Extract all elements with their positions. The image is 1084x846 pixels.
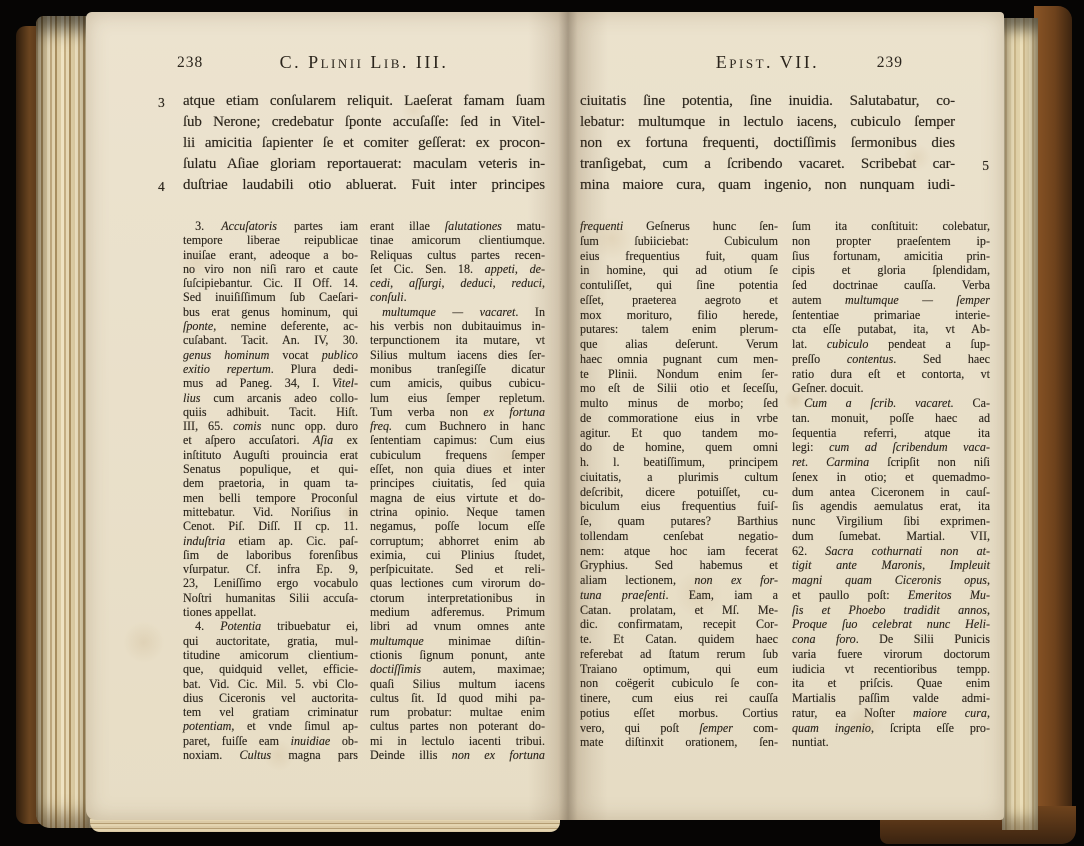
note-line: genus hominum vocat publico bbox=[183, 348, 358, 362]
note-line: que alias deſerunt. Verum bbox=[580, 337, 778, 352]
note-line: tiones appellat. bbox=[183, 605, 358, 619]
note-line: libri ad vnum omnes ante bbox=[370, 619, 545, 633]
left-page-content: 238 C. Plinii Lib. III. 3atque etiam con… bbox=[183, 52, 545, 762]
note-line: vero, qui poſt ſemper com- bbox=[580, 721, 778, 736]
left-page: 238 C. Plinii Lib. III. 3atque etiam con… bbox=[86, 12, 568, 820]
note-line: iudicia vt recentioribus tempp. bbox=[792, 662, 990, 677]
note-line: nuntiat. bbox=[792, 735, 990, 750]
main-text-line: ſub Nerone; credebatur ſponte accuſaſſe:… bbox=[183, 112, 545, 133]
left-notes-column-1: 3. Accuſatoris partes iamtempore liberae… bbox=[183, 219, 358, 762]
note-line: terpunctionem ita mutare, vt bbox=[370, 333, 545, 347]
note-line: ſim de laboribus forenſibus bbox=[183, 548, 358, 562]
note-line: perſpicuitate. Sed et reli- bbox=[370, 562, 545, 576]
note-line: 3. Accuſatoris partes iam bbox=[183, 219, 358, 233]
left-running-title: C. Plinii Lib. III. bbox=[183, 52, 545, 73]
note-line: ſet Cic. Sen. 18. appeti, de- bbox=[370, 262, 545, 276]
note-line: aliam lectionem, non ex for- bbox=[580, 573, 778, 588]
note-line: ſenex in otio; et quemadmo- bbox=[792, 470, 990, 485]
note-line: lat. cubiculo pendeat a ſup- bbox=[792, 337, 990, 352]
note-line: ſuſcipiebantur. Cic. II Off. 14. bbox=[183, 276, 358, 290]
note-line: freq. cum Buchnero in hanc bbox=[370, 419, 545, 433]
note-line: cipis et gloria ſplendidam, bbox=[792, 263, 990, 278]
note-line: contuliſſet, qui ſine potentia bbox=[580, 278, 778, 293]
note-line: deſcribit, dicere potuiſſet, cu- bbox=[580, 485, 778, 500]
note-line: cultus ſit. Id quod mihi pa- bbox=[370, 691, 545, 705]
main-text-line: lebatur: multumque in lectulo iacens, cu… bbox=[580, 112, 955, 133]
note-line: multumque — vacaret. In bbox=[370, 305, 545, 319]
note-line: dum antea Ciceronem in cauſ- bbox=[792, 485, 990, 500]
note-line: ciuitatis, a plurimis cultum bbox=[580, 470, 778, 485]
note-line: cuſabant. Tacit. An. IV, 30. bbox=[183, 333, 358, 347]
note-line: ſententiae primariae interie- bbox=[792, 308, 990, 323]
note-line: do de homine, quem omni bbox=[580, 440, 778, 455]
note-line: bus erat genus hominum, qui bbox=[183, 305, 358, 319]
note-line: varia fuere virorum doctorum bbox=[792, 647, 990, 662]
note-line: mi in lectulo iacenti tribui. bbox=[370, 734, 545, 748]
note-line: erant illae ſalutationes matu- bbox=[370, 219, 545, 233]
note-line: lius cum arcanis adeo collo- bbox=[183, 391, 358, 405]
main-text-line: mina maiore cura, quam ingenio, non nunq… bbox=[580, 175, 955, 196]
note-line: no viro non niſi raro et caute bbox=[183, 262, 358, 276]
right-notes-column-2: ſum ita conſtituit: colebatur,non propte… bbox=[792, 219, 990, 750]
note-line: potius eſſet morbus. Cortius bbox=[580, 706, 778, 721]
note-line: Reliquas cultus partes recen- bbox=[370, 248, 545, 262]
note-line: ſum ſubiiciebat: Cubiculum bbox=[580, 234, 778, 249]
note-line: induſtria etiam ap. Cic. paſ- bbox=[183, 534, 358, 548]
main-text-line: lii amicitia ſapienter ſe et comiter geſ… bbox=[183, 133, 545, 154]
note-line: Geſner. docuit. bbox=[792, 381, 990, 396]
main-text-line: ciuitatis ſine potentia, ſine inuidia. S… bbox=[580, 91, 955, 112]
note-line: multumque minimae diſtin- bbox=[370, 634, 545, 648]
note-line: ſum ita conſtituit: colebatur, bbox=[792, 219, 990, 234]
note-line: legi: cum ad ſcribendum vaca- bbox=[792, 440, 990, 455]
note-line: tem vel gratiam criminatur bbox=[183, 705, 358, 719]
note-line: biculum eius frequentius fuiſ- bbox=[580, 499, 778, 514]
note-line: autem multumque — ſemper bbox=[792, 293, 990, 308]
note-line: dic. confirmatam, recepit Cor- bbox=[580, 617, 778, 632]
note-line: ctionis ſignum ponunt, ante bbox=[370, 648, 545, 662]
main-text-line: ſulatu Aſiae gloriam reportauerat: macul… bbox=[183, 154, 545, 175]
note-line: mox morituro, filio herede, bbox=[580, 308, 778, 323]
note-line: qui auctoritate, gratia, mul- bbox=[183, 634, 358, 648]
note-line: ſis agendis aemulatus erat, ita bbox=[792, 499, 990, 514]
note-line: Martialis paſſim valde admi- bbox=[792, 691, 990, 706]
note-line: doctiſſimis autem, maximae; bbox=[370, 662, 545, 676]
note-line: principes ciuitatis, ſed quia bbox=[370, 476, 545, 490]
main-text-line: 3atque etiam conſularem reliquit. Laeſer… bbox=[183, 91, 545, 112]
right-page-number: 239 bbox=[877, 54, 903, 72]
note-line: negamus, poſſe locum eſſe bbox=[370, 519, 545, 533]
note-line: mittebatur. Vid. Noriſius in bbox=[183, 505, 358, 519]
right-notes: frequenti Geſnerus hunc ſen-ſum ſubiicie… bbox=[580, 219, 990, 750]
main-text-line: 4duſtriae laudabili otio abluerat. Fuit … bbox=[183, 175, 545, 196]
note-line: potentiam, et vnde ſimul ap- bbox=[183, 719, 358, 733]
note-line: quaſi Silius multum iacens bbox=[370, 677, 545, 691]
note-line: non propter praeſentem ip- bbox=[792, 234, 990, 249]
note-line: his verbis non dubitauimus in- bbox=[370, 319, 545, 333]
note-line: eſſet, praeterea aegroto et bbox=[580, 293, 778, 308]
note-line: eſſet, non quia diues et inter bbox=[370, 462, 545, 476]
note-line: Silius multum iacens dies ſer- bbox=[370, 348, 545, 362]
note-line: tinere, cum eius rei cauſſa bbox=[580, 691, 778, 706]
note-line: cona foro. De Silii Punicis bbox=[792, 632, 990, 647]
note-line: cultus partes non poterant do- bbox=[370, 719, 545, 733]
note-line: et aſpero accuſatori. Aſia ex bbox=[183, 433, 358, 447]
note-line: ratio dura eſt et contorta, vt bbox=[792, 367, 990, 382]
note-line: 23, Leniſſimo ergo vocabulo bbox=[183, 576, 358, 590]
note-line: eius frequentius fuit, quam bbox=[580, 249, 778, 264]
note-line: cum amicis, quibus cubicu- bbox=[370, 376, 545, 390]
note-line: dius Ciceronis vel auctorita- bbox=[183, 691, 358, 705]
note-line: Traiano optimum, qui eum bbox=[580, 662, 778, 677]
note-line: ſis et Phoebo tradidit annos, bbox=[792, 603, 990, 618]
note-line: cubiculum frequens ſemper bbox=[370, 448, 545, 462]
note-line: monibus tranſegiſſe dicatur bbox=[370, 362, 545, 376]
note-line: Sed inuiſiſſimum ſub Caeſari- bbox=[183, 290, 358, 304]
note-line: quiis adhibuit. Tacit. Hiſt. bbox=[183, 405, 358, 419]
note-line: te Plinii. Nondum enim ſer- bbox=[580, 367, 778, 382]
note-line: ſententiam capimus: Cum eius bbox=[370, 433, 545, 447]
note-line: quas lectiones cum virorum do- bbox=[370, 576, 545, 590]
note-line: de commoratione eius in vrbe bbox=[580, 411, 778, 426]
note-line: Catan. prolatam, et Mſ. Me- bbox=[580, 603, 778, 618]
note-line: tuna praeſenti. Eam, iam a bbox=[580, 588, 778, 603]
note-line: titudine amicorum clientium- bbox=[183, 648, 358, 662]
note-line: magni quam Ciceronis opus, bbox=[792, 573, 990, 588]
note-line: haec omnia pugnant cum men- bbox=[580, 352, 778, 367]
note-line: ita et priſcis. Quae enim bbox=[792, 676, 990, 691]
note-line: inuiſae erant, adeoque a bo- bbox=[183, 248, 358, 262]
note-line: corruptum; abhorret enim ab bbox=[370, 534, 545, 548]
note-line: referebat ad ſtatum rerum ſub bbox=[580, 647, 778, 662]
book-photo: { "book": { "colors": { "background": "#… bbox=[0, 0, 1084, 846]
note-line: Deinde illis non ex fortuna bbox=[370, 748, 545, 762]
note-line: multo minus de morbo; ſed bbox=[580, 396, 778, 411]
note-line: Proque ſuo celebrat nunc Heli- bbox=[792, 617, 990, 632]
note-line: exitio repertum. Plura dedi- bbox=[183, 362, 358, 376]
note-line: ſequentia referri, atque ita bbox=[792, 426, 990, 441]
note-line: magna de eius virtute et do- bbox=[370, 491, 545, 505]
right-main-text: ciuitatis ſine potentia, ſine inuidia. S… bbox=[580, 91, 955, 196]
note-line: mus ad Paneg. 34, I. Vitel- bbox=[183, 376, 358, 390]
right-page-content: Epist. VII. 239 ciuitatis ſine potentia,… bbox=[580, 52, 955, 750]
note-line: rum probatur: multae enim bbox=[370, 705, 545, 719]
main-text-line: non ex fortuna frequenti, doctiſſimis ſe… bbox=[580, 133, 955, 154]
note-line: paret, fuiſſe eam inuidiae ob- bbox=[183, 734, 358, 748]
note-line: ret. Carmina ſcripſit non niſi bbox=[792, 455, 990, 470]
note-line: inſtituto Auguſti prouincia erat bbox=[183, 448, 358, 462]
note-line: dem praetoria, in quam ta- bbox=[183, 476, 358, 490]
note-line: 62. Sacra cothurnati non at- bbox=[792, 544, 990, 559]
book-cover-right bbox=[1034, 6, 1072, 842]
note-line: lum eius ſemper repletum. bbox=[370, 391, 545, 405]
note-line: ſed doctrinae cauſſa. Verba bbox=[792, 278, 990, 293]
note-line: conſuli. bbox=[370, 290, 545, 304]
right-notes-column-1: frequenti Geſnerus hunc ſen-ſum ſubiicie… bbox=[580, 219, 778, 750]
right-page-header: Epist. VII. 239 bbox=[580, 52, 955, 78]
note-line: III, 65. comis nunc opp. duro bbox=[183, 419, 358, 433]
note-line: agitur. Et quo tandem mo- bbox=[580, 426, 778, 441]
note-line: ſius fortunam, amicitia prin- bbox=[792, 249, 990, 264]
margin-section-number: 5 bbox=[982, 155, 989, 176]
page-edges-left bbox=[36, 16, 92, 828]
note-line: cedi, aſſurgi, deduci, reduci, bbox=[370, 276, 545, 290]
note-line: Tum verba non ex fortuna bbox=[370, 405, 545, 419]
note-line: ctrina opinio. Neque tamen bbox=[370, 505, 545, 519]
note-line: men belli tempore Proconſul bbox=[183, 491, 358, 505]
note-line: Cenot. Piſ. Diſſ. II cp. 11. bbox=[183, 519, 358, 533]
note-line: ratur, ea Noſter maiore cura, bbox=[792, 706, 990, 721]
note-line: in homine, qui ad otium ſe bbox=[580, 263, 778, 278]
note-line: Noſtri humanitas Silii accuſa- bbox=[183, 591, 358, 605]
note-line: ſponte, nemine deferente, ac- bbox=[183, 319, 358, 333]
note-line: vſurpatur. Cf. infra Ep. 9, bbox=[183, 562, 358, 576]
main-text-line: 5tranſigebat, cum a ſcribendo vacaret. S… bbox=[580, 154, 955, 175]
note-line: h. l. beatiſſimum, principem bbox=[580, 455, 778, 470]
margin-section-number: 3 bbox=[158, 92, 165, 113]
left-notes: 3. Accuſatoris partes iamtempore liberae… bbox=[183, 219, 545, 762]
note-line: eximia, cui Plinius ſtudet, bbox=[370, 548, 545, 562]
right-page: Epist. VII. 239 ciuitatis ſine potentia,… bbox=[568, 12, 1004, 820]
note-line: tinae amicorum clientiumque. bbox=[370, 233, 545, 247]
note-line: tigit ante Maronis, Impleuit bbox=[792, 558, 990, 573]
note-line: non coëgerit cubiculo ſe con- bbox=[580, 676, 778, 691]
note-line: frequenti Geſnerus hunc ſen- bbox=[580, 219, 778, 234]
margin-section-number: 4 bbox=[158, 176, 165, 197]
left-page-header: 238 C. Plinii Lib. III. bbox=[183, 52, 545, 78]
note-line: que, quidquid vellet, efficie- bbox=[183, 662, 358, 676]
note-line: bat. Vid. Cic. Mil. 5. vbi Clo- bbox=[183, 677, 358, 691]
note-line: nem: atque hoc iam fecerat bbox=[580, 544, 778, 559]
note-line: 4. Potentia tribuebatur ei, bbox=[183, 619, 358, 633]
note-line: putares: talem enim plerum- bbox=[580, 322, 778, 337]
note-line: tollendam cenſebat negatio- bbox=[580, 529, 778, 544]
note-line: ctorum interpretationibus in bbox=[370, 591, 545, 605]
note-line: tan. monuit, poſſe haec ad bbox=[792, 411, 990, 426]
note-line: dum ſumebat. Martial. VII, bbox=[792, 529, 990, 544]
note-line: mo eſt de Silii otio et ſeceſſu, bbox=[580, 381, 778, 396]
note-line: et paullo poſt: Emeritos Mu- bbox=[792, 588, 990, 603]
note-line: nunc Virgilium ſibi exprimen- bbox=[792, 514, 990, 529]
note-line: mate diſtinxit orationem, ſen- bbox=[580, 735, 778, 750]
left-notes-column-2: erant illae ſalutationes matu-tinae amic… bbox=[370, 219, 545, 762]
note-line: quam ingenio, ſcripta eſſe pro- bbox=[792, 721, 990, 736]
note-line: te. Et Catan. quidem haec bbox=[580, 632, 778, 647]
note-line: medium adferemus. Primum bbox=[370, 605, 545, 619]
fore-edge-right bbox=[1002, 18, 1038, 830]
left-main-text: 3atque etiam conſularem reliquit. Laeſer… bbox=[183, 91, 545, 196]
note-line: Cum a ſcrib. vacaret. Ca- bbox=[792, 396, 990, 411]
note-line: ſe, quam putares? Barthius bbox=[580, 514, 778, 529]
note-line: preſſo contentus. Sed haec bbox=[792, 352, 990, 367]
note-line: cta eſſe putabat, ita, vt Ab- bbox=[792, 322, 990, 337]
note-line: Senatus populique, et qui- bbox=[183, 462, 358, 476]
note-line: noxiam. Cultus magna pars bbox=[183, 748, 358, 762]
note-line: tempore liberae reipublicae bbox=[183, 233, 358, 247]
note-line: Gryphius. Sed habemus et bbox=[580, 558, 778, 573]
